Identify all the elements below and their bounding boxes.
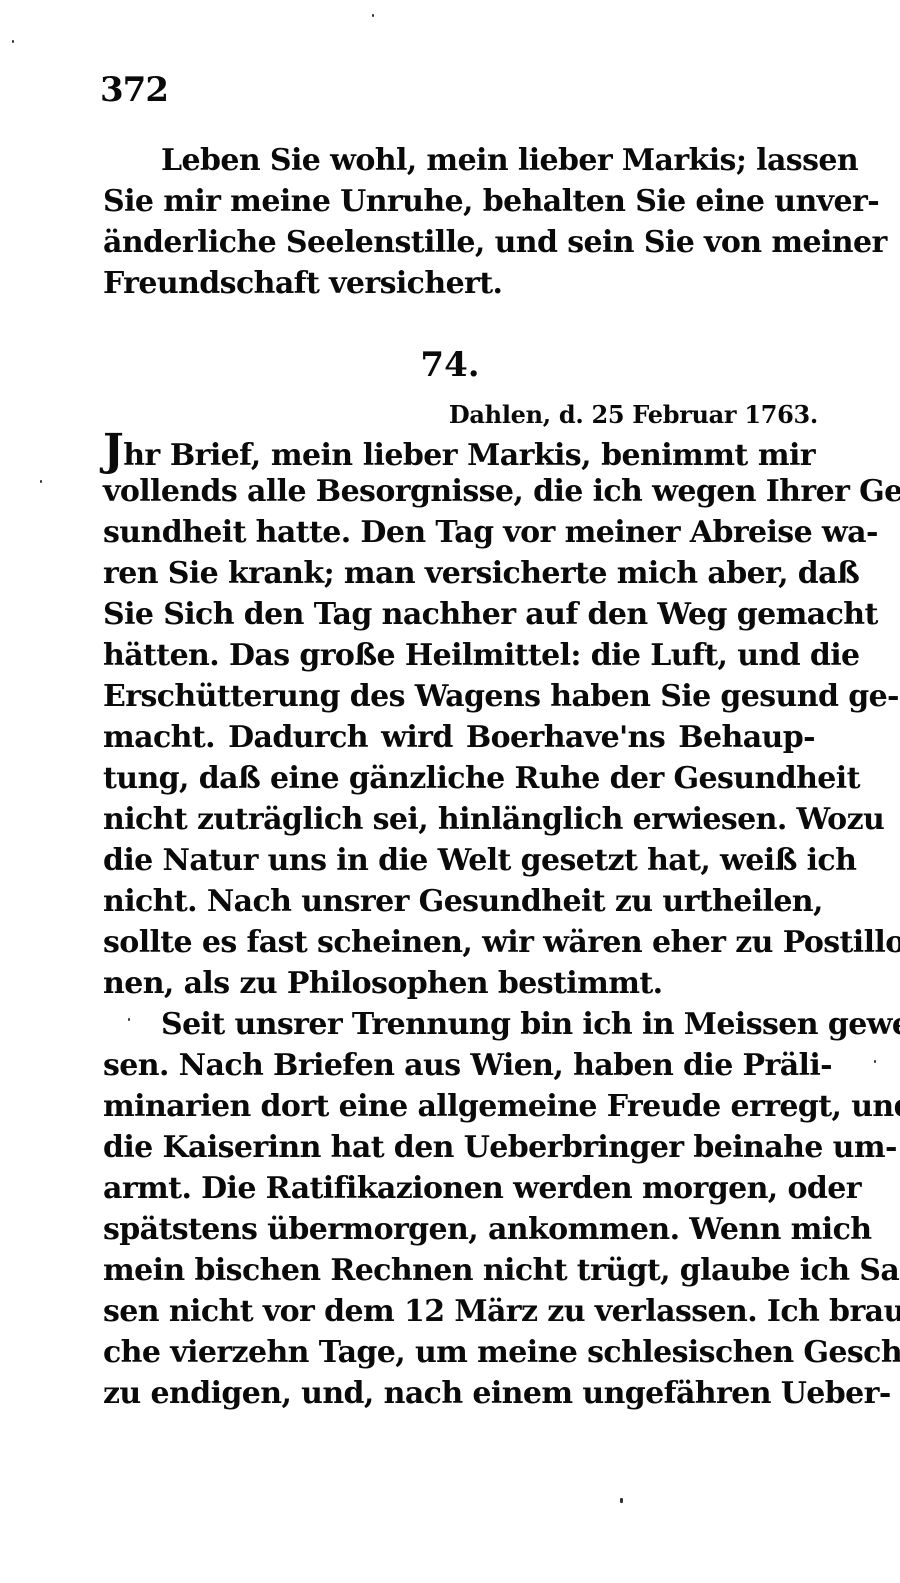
text-line: Freundschaft versichert. [103,263,815,304]
text-line: die Kaiserinn hat den Ueberbringer beina… [103,1127,815,1168]
text-line-with-dropcap: Jhr Brief, mein lieber Markis, benimmt m… [103,430,815,471]
text-line: zu endigen, und, nach einem ungefähren U… [103,1373,815,1414]
text-line: ren Sie krank; man versicherte mich aber… [103,553,815,594]
text-line: nicht zuträglich sei, hinlänglich erwies… [103,799,815,840]
text-line: Seit unsrer Trennung bin ich in Meissen … [103,1004,815,1045]
scan-speck [128,1018,130,1021]
text-line: sundheit hatte. Den Tag vor meiner Abrei… [103,512,815,553]
scan-speck [874,1060,876,1063]
text-line: hr Brief, mein lieber Markis, benimmt mi… [123,438,815,473]
text-line: armt. Die Ratifikazionen werden morgen, … [103,1168,815,1209]
text-line: Erschütterung des Wagens haben Sie gesun… [103,676,815,717]
text-line: che vierzehn Tage, um meine schlesischen… [103,1332,815,1373]
page-number: 372 [100,70,168,110]
text-line: macht. Dadurch wird Boerhave'ns Behaup- [103,717,815,758]
scan-speck [40,480,42,483]
book-page: 372 Leben Sie wohl, mein lieber Markis; … [0,0,900,1583]
closing-paragraph: Leben Sie wohl, mein lieber Markis; lass… [103,140,815,304]
text-line: sen nicht vor dem 12 März zu verlassen. … [103,1291,815,1332]
text-line: vollends alle Besorgnisse, die ich wegen… [103,471,815,512]
text-line: spätstens übermorgen, ankommen. Wenn mic… [103,1209,815,1250]
scan-speck [12,40,14,43]
text-line: Leben Sie wohl, mein lieber Markis; lass… [103,140,815,181]
text-line: die Natur uns in die Welt gesetzt hat, w… [103,840,815,881]
letter-dateline: Dahlen, d. 25 Februar 1763. [449,400,818,429]
text-line: Sie Sich den Tag nachher auf den Weg gem… [103,594,815,635]
text-line: änderliche Seelenstille, und sein Sie vo… [103,222,815,263]
text-line: hätten. Das große Heilmittel: die Luft, … [103,635,815,676]
scan-speck [620,1498,623,1503]
text-line: minarien dort eine allgemeine Freude err… [103,1086,815,1127]
text-line: sen. Nach Briefen aus Wien, haben die Pr… [103,1045,815,1086]
text-line: Sie mir meine Unruhe, behalten Sie eine … [103,181,815,222]
drop-cap: J [103,425,123,476]
text-line: tung, daß eine gänzliche Ruhe der Gesund… [103,758,815,799]
letter-body: Jhr Brief, mein lieber Markis, benimmt m… [103,430,815,1414]
text-line: nen, als zu Philosophen bestimmt. [103,963,815,1004]
text-line: sollte es fast scheinen, wir wären eher … [103,922,815,963]
text-line: mein bischen Rechnen nicht trügt, glaube… [103,1250,815,1291]
scan-speck [372,14,374,17]
text-line: nicht. Nach unsrer Gesundheit zu urtheil… [103,881,815,922]
letter-number: 74. [0,345,900,385]
